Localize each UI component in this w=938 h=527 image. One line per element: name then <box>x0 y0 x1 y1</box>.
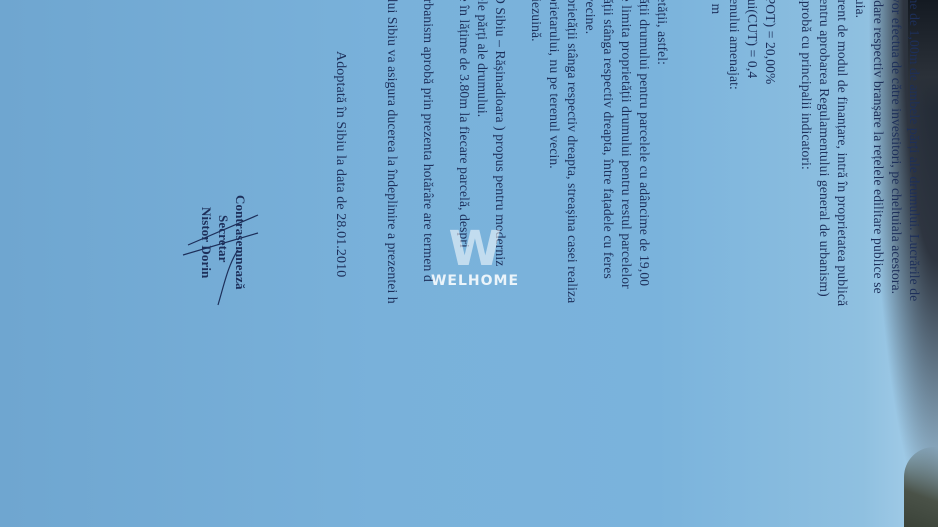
doc-line: - 1,90m față de limita proprietății stân… <box>600 0 616 279</box>
doc-line: - 3.00m față de limita proprietății drum… <box>636 0 652 286</box>
doc-line: de ploi să se scurgă pe terenul propriet… <box>546 0 562 169</box>
doc-line: executa de 6,00m și trotuar în lățime de… <box>906 0 922 301</box>
doc-line: b. Procent de ocupare al terenului POT) … <box>762 0 778 84</box>
doc-line: d. Înălțimi maxime față de cota terenulu… <box>726 0 742 90</box>
doc-line: 29 din HG. 525 / 1996 (Hotărâre pentru a… <box>816 0 832 297</box>
secretary-signature <box>178 195 268 315</box>
doc-line: - 0,60m față de limita proprietății stân… <box>564 0 580 303</box>
watermark-logo-icon: W <box>420 225 530 273</box>
adoption-date: Adoptată în Sibiu la data de 28.01.2010 <box>332 51 348 277</box>
doc-line: c. Coeficient de utilizare al terenului(… <box>744 0 760 78</box>
doc-line: ale clădirilor și limita proprietății ve… <box>582 0 598 34</box>
doc-line: Lucrările prevăzute mai sus, indiferent … <box>834 0 850 306</box>
doc-line: Art. 5 Documentația se aprobă cu princip… <box>798 0 814 170</box>
table-surface-corner <box>904 447 938 527</box>
doc-line: Art. 4 Lucrările de racordare respectiv … <box>870 0 886 294</box>
watermark-text: WELHOME <box>420 273 530 289</box>
watermark: W WELHOME <box>420 225 530 305</box>
doc-line: modernizarea drumului propus se vor efec… <box>888 0 904 294</box>
art4-text: Lucrările de racordare respectiv branșar… <box>871 0 886 294</box>
doc-line: trotuar în lățime de 1,00m de ambele păr… <box>474 0 490 117</box>
doc-line: - între 9,00m și 15,00m față de limita p… <box>618 0 634 289</box>
doc-line: către investitor, pe cheltuiala acestuia… <box>852 0 868 18</box>
doc-line: - accese carosabile și pietonale în lăți… <box>456 0 472 248</box>
doc-line: - se interzice amplasarea pe miezuină. <box>528 0 544 42</box>
doc-line: Art. 7 Primarul municipiului Sibiu va as… <box>384 0 400 304</box>
doc-line: - Hmax.la streașină=5,50 m <box>708 0 724 14</box>
doc-line: g. Retrageri față de limitele proprietăț… <box>654 0 670 65</box>
